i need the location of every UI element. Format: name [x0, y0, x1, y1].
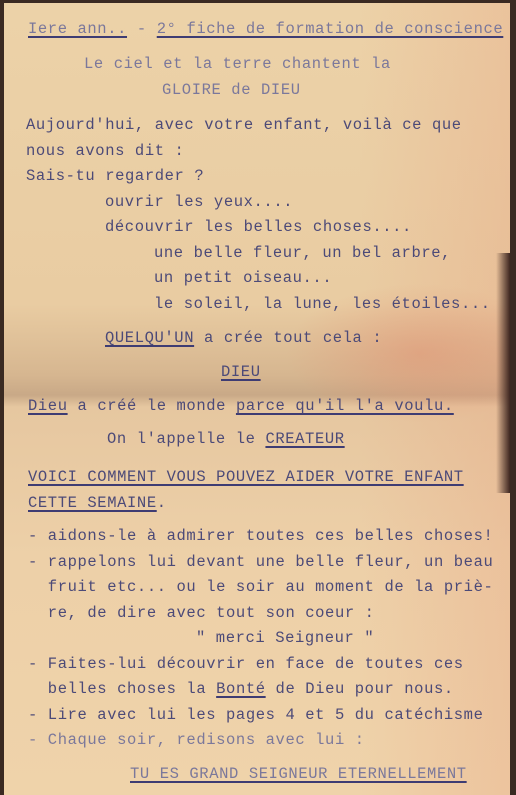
intro-line-1: Aujourd'hui, avec votre enfant, voilà ce…: [26, 116, 462, 134]
intro-item: découvrir les belles choses....: [105, 218, 412, 236]
someone-line: QUELQU'UN a crée tout cela :: [105, 329, 382, 347]
help-bullet: - Chaque soir, redisons avec lui :: [28, 731, 365, 749]
goodness-prefix: belles choses la: [28, 680, 216, 698]
god-heading: DIEU: [221, 363, 261, 381]
help-heading-line-1: VOICI COMMENT VOUS POUVEZ AIDER VOTRE EN…: [28, 468, 464, 486]
document-page: Iere ann.. - 2° fiche de formation de co…: [4, 3, 510, 795]
help-bullet: - Lire avec lui les pages 4 et 5 du caté…: [28, 706, 483, 724]
intro-question: Sais-tu regarder ?: [26, 167, 204, 185]
called-prefix: On l'appelle le: [107, 430, 265, 448]
title-line-1: Le ciel et la terre chantent la: [84, 55, 391, 73]
called-line: On l'appelle le CREATEUR: [107, 430, 345, 448]
header-sheet-title: 2° fiche de formation de conscience: [157, 20, 504, 38]
created-line: Dieu a créé le monde parce qu'il l'a vou…: [28, 397, 454, 415]
help-bullet-cont: re, de dire avec tout son coeur :: [28, 604, 375, 622]
header-year: Iere ann..: [28, 20, 127, 38]
created-reason: parce qu'il l'a voulu.: [236, 397, 454, 415]
intro-item: le soleil, la lune, les étoiles...: [154, 295, 491, 313]
creator-label: CREATEUR: [265, 430, 344, 448]
goodness-suffix: de Dieu pour nous.: [266, 680, 454, 698]
help-bullet-cont: fruit etc... ou le soir au moment de la …: [28, 578, 493, 596]
help-heading-line-2: CETTE SEMAINE.: [28, 494, 167, 512]
thanks-quote: " merci Seigneur ": [196, 629, 374, 647]
intro-item: un petit oiseau...: [154, 269, 332, 287]
closing-prayer: TU ES GRAND SEIGNEUR ETERNELLEMENT: [130, 765, 467, 783]
help-bullet: - rappelons lui devant une belle fleur, …: [28, 553, 493, 571]
help-bullet-cont: belles choses la Bonté de Dieu pour nous…: [28, 680, 454, 698]
goodness-word: Bonté: [216, 680, 266, 698]
help-heading-text-2: CETTE SEMAINE: [28, 494, 157, 512]
created-subject: Dieu: [28, 397, 68, 415]
paper-fold-shadow: [496, 253, 510, 493]
help-bullet: - Faites-lui découvrir en face de toutes…: [28, 655, 464, 673]
intro-item: une belle fleur, un bel arbre,: [154, 244, 451, 262]
help-bullet: - aidons-le à admirer toutes ces belles …: [28, 527, 493, 545]
intro-item: ouvrir les yeux....: [105, 193, 293, 211]
created-middle: a créé le monde: [68, 397, 236, 415]
someone-rest: a crée tout cela :: [194, 329, 382, 347]
header-separator: -: [127, 20, 157, 38]
help-heading-text-1: VOICI COMMENT VOUS POUVEZ AIDER VOTRE EN…: [28, 468, 464, 486]
god-label: DIEU: [221, 363, 261, 381]
header-line: Iere ann.. - 2° fiche de formation de co…: [28, 20, 503, 38]
someone-label: QUELQU'UN: [105, 329, 194, 347]
help-heading-period: .: [157, 494, 167, 512]
closing-text: TU ES GRAND SEIGNEUR ETERNELLEMENT: [130, 765, 467, 783]
title-line-2: GLOIRE de DIEU: [162, 81, 301, 99]
intro-line-2: nous avons dit :: [26, 142, 184, 160]
